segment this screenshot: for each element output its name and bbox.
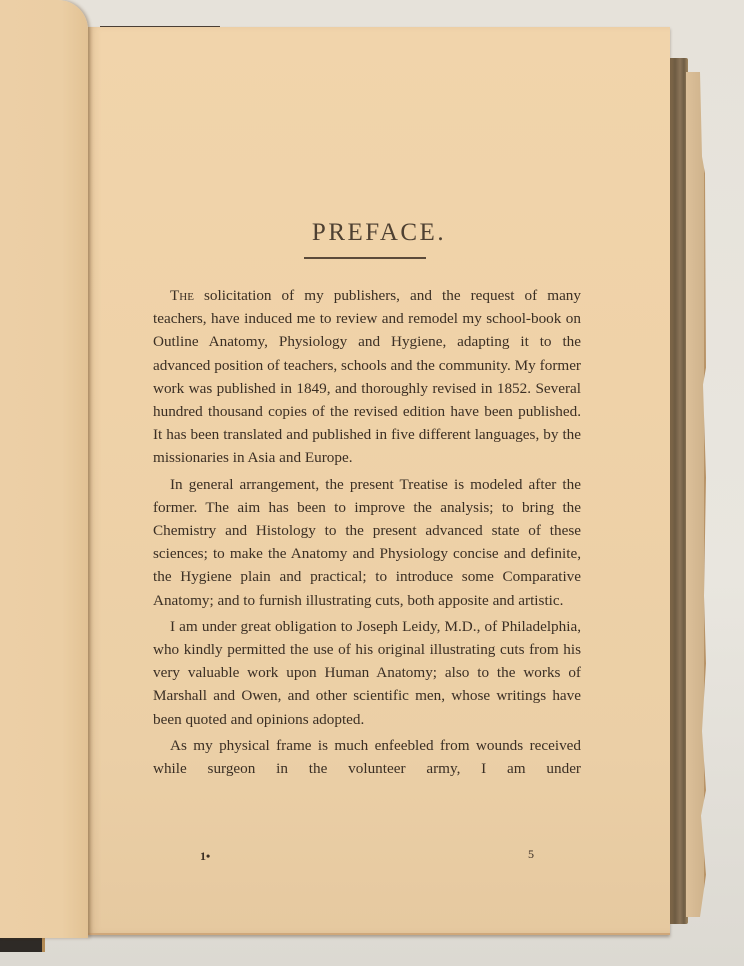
paragraph-text: In general arrangement, the present Trea… — [153, 476, 581, 609]
page-edges-dark — [668, 58, 688, 924]
paragraph-text: As my physical frame is much enfeebled f… — [153, 737, 581, 777]
paragraph-text: I am under great obligation to Joseph Le… — [153, 618, 581, 728]
torn-page-edges — [686, 72, 706, 917]
page-number: 5 — [528, 847, 534, 862]
page-title: PREFACE. — [88, 219, 670, 247]
page-block-edges — [664, 58, 710, 924]
paragraph-2: In general arrangement, the present Trea… — [153, 473, 581, 612]
preface-body: The solicitation of my publishers, and t… — [153, 284, 581, 783]
title-rule — [304, 257, 426, 259]
signature-mark: 1• — [200, 849, 210, 864]
paragraph-1: The solicitation of my publishers, and t… — [153, 284, 581, 470]
left-page-edge — [0, 0, 88, 938]
paragraph-3: I am under great obligation to Joseph Le… — [153, 615, 581, 731]
paragraph-4: As my physical frame is much enfeebled f… — [153, 734, 581, 780]
drop-lead-word: The — [170, 287, 194, 304]
book-page: PREFACE. The solicitation of my publishe… — [88, 27, 670, 935]
paragraph-text: solicitation of my publishers, and the r… — [153, 287, 581, 466]
